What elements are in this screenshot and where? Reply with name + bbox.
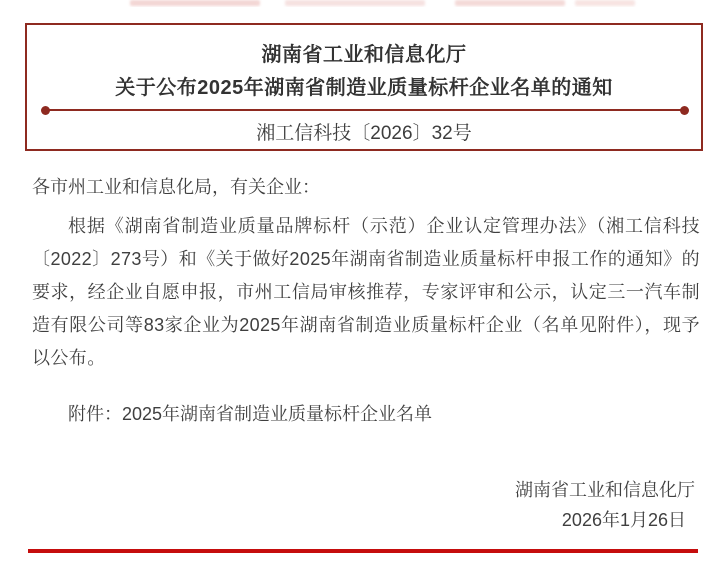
header-separator-line	[42, 109, 688, 111]
signature-date: 2026年1月26日	[562, 507, 686, 533]
body-paragraph: 根据《湖南省制造业质量品牌标杆（示范）企业认定管理办法》（湘工信科技〔2022〕…	[32, 210, 700, 375]
signature-org: 湖南省工业和信息化厅	[515, 477, 695, 503]
salutation-line: 各市州工业和信息化局，有关企业：	[32, 174, 700, 200]
notice-page: 湖南省工业和信息化厅 关于公布2025年湖南省制造业质量标杆企业名单的通知 湘工…	[0, 0, 726, 571]
banner-remnant-blob	[575, 0, 635, 6]
document-number: 湘工信科技〔2026〕32号	[27, 118, 701, 145]
document-header-box: 湖南省工业和信息化厅 关于公布2025年湖南省制造业质量标杆企业名单的通知 湘工…	[25, 23, 703, 151]
cutoff-red-banner-remnant	[0, 0, 726, 7]
issuing-org-title: 湖南省工业和信息化厅	[27, 38, 701, 67]
bottom-red-divider	[28, 549, 698, 553]
separator-right-dot-icon	[680, 106, 689, 115]
notice-subject-title: 关于公布2025年湖南省制造业质量标杆企业名单的通知	[27, 71, 701, 100]
banner-remnant-blob	[455, 0, 565, 6]
separator-left-dot-icon	[41, 106, 50, 115]
banner-remnant-blob	[130, 0, 260, 6]
attachment-line: 附件：2025年湖南省制造业质量标杆企业名单	[32, 401, 700, 427]
banner-remnant-blob	[285, 0, 425, 6]
